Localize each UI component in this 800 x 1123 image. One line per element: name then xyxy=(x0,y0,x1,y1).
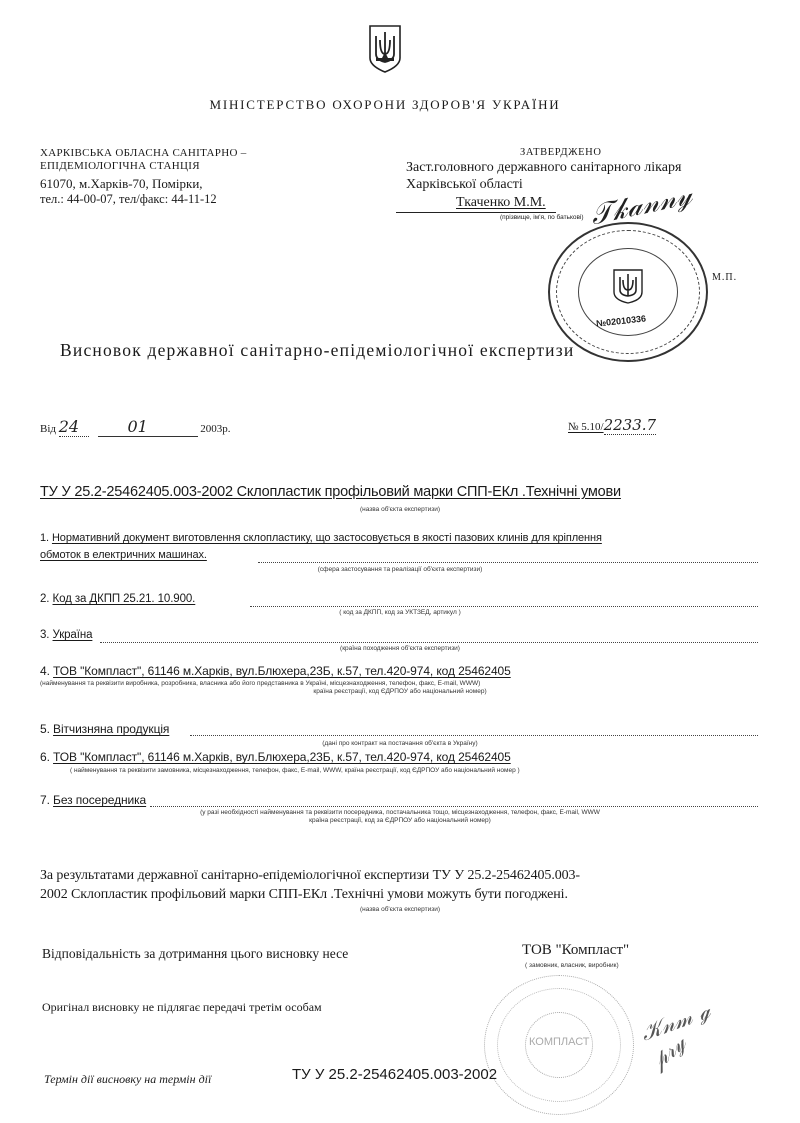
document-title: Висновок державної санітарно-епідеміолог… xyxy=(60,340,574,361)
approval-region: Харківської області xyxy=(406,177,523,193)
item-1-fill-line xyxy=(258,562,758,563)
number-value: 2233.7 xyxy=(604,416,657,435)
item-1-line2: обмоток в електричних машинах. xyxy=(40,549,207,561)
approver-name: Ткаченко М.М. xyxy=(456,195,546,211)
issuer-name-line1: ХАРКІВСЬКА ОБЛАСНА САНІТАРНО – xyxy=(40,147,247,160)
date-day: 24 xyxy=(59,417,89,437)
conclusion-line1: За результатами державної санітарно-епід… xyxy=(40,868,580,884)
item-7-hint-line1: (у разі необхідності найменування та рек… xyxy=(0,809,800,816)
approver-name-hint: (прізвище, ім'я, по батькові) xyxy=(500,214,584,221)
date-row: Від 24 01 2003р. xyxy=(40,417,231,437)
ministry-heading: МІНІСТЕРСТВО ОХОРОНИ ЗДОРОВ'Я УКРАЇНИ xyxy=(0,97,770,113)
item-2: 2. Код за ДКПП 25.21. 10.900. xyxy=(40,593,195,605)
item-5-hint: (дані про контракт на постачання об'єкта… xyxy=(0,740,800,747)
item-1-line1: 1. Нормативний документ виготовлення скл… xyxy=(40,532,602,544)
conclusion-hint: (назва об'єкта експертизи) xyxy=(0,906,800,913)
date-prefix: Від xyxy=(40,423,56,435)
item-7: 7. Без посередника xyxy=(40,793,146,807)
issuer-phones: тел.: 44-00-07, тел/факс: 44-11-12 xyxy=(40,192,247,207)
item-5-fill-line xyxy=(190,735,758,736)
item-2-hint: ( код за ДКПП, код за УКТЗЕД, артикул ) xyxy=(0,609,800,616)
issuer-address: 61070, м.Харків-70, Помірки, xyxy=(40,175,247,192)
responsibility-text: Відповідальність за дотримання цього вис… xyxy=(42,946,348,962)
date-month: 01 xyxy=(98,417,198,437)
item-4-hint-line2: країна реєстрації, код ЄДРПОУ або націон… xyxy=(0,688,800,695)
item-7-hint-line2: країна реєстрації, код за ЄДРПОУ або нац… xyxy=(0,817,800,824)
document-number: № 5.10/2233.7 xyxy=(568,416,656,434)
item-2-fill-line xyxy=(250,606,758,607)
stamp-trident-icon xyxy=(612,268,644,309)
responsible-party-hint: ( замовник, власник, виробник) xyxy=(525,962,619,969)
number-prefix: № 5.10/ xyxy=(568,421,604,433)
stamp-place-label: М.П. xyxy=(712,272,737,283)
item-3-hint: (країна походження об'єкта експертизи) xyxy=(0,645,800,652)
approval-signature-line xyxy=(396,212,556,213)
trident-coat-of-arms-icon xyxy=(368,24,402,74)
expertise-object: ТУ У 25.2-25462405.003-2002 Склопластик … xyxy=(40,484,621,500)
issuer-block: ХАРКІВСЬКА ОБЛАСНА САНІТАРНО – ЕПІДЕМІОЛ… xyxy=(40,147,247,207)
item-6-hint: ( найменування та реквізити замовника, м… xyxy=(70,767,520,774)
date-year: 2003р. xyxy=(200,423,230,435)
issuer-name-line2: ЕПІДЕМІОЛОГІЧНА СТАНЦІЯ xyxy=(40,160,247,173)
item-4-hint-line1: (найменування та реквізити виробника, ро… xyxy=(40,680,480,687)
conclusion-line2: 2002 Склопластик профільовий марки СПП-Е… xyxy=(40,887,568,903)
item-3: 3. Україна xyxy=(40,629,92,641)
responsible-party: ТОВ "Компласт" xyxy=(522,942,629,959)
company-stamp-text: КОМПЛАСТ xyxy=(529,1036,590,1048)
item-5: 5. Вітчизняна продукція xyxy=(40,722,169,736)
validity-value: ТУ У 25.2-25462405.003-2002 xyxy=(292,1066,497,1083)
item-6: 6. ТОВ "Компласт", 61146 м.Харків, вул.Б… xyxy=(40,750,511,764)
item-7-fill-line xyxy=(150,806,758,807)
approval-position: Заст.головного державного санітарного лі… xyxy=(406,160,681,176)
item-4: 4. ТОВ "Компласт", 61146 м.Харків, вул.Б… xyxy=(40,664,511,678)
item-1-hint: (сфера застосування та реалізації об'єкт… xyxy=(0,566,800,573)
original-note: Оригінал висновку не підлягає передачі т… xyxy=(42,1000,322,1015)
approval-heading: ЗАТВЕРДЖЕНО xyxy=(520,147,602,158)
item-3-fill-line xyxy=(100,642,758,643)
company-round-stamp: КОМПЛАСТ xyxy=(484,975,634,1115)
expertise-object-hint: (назва об'єкта експертизи) xyxy=(0,506,800,513)
validity-label: Термін дії висновку на термін дії xyxy=(44,1072,211,1087)
